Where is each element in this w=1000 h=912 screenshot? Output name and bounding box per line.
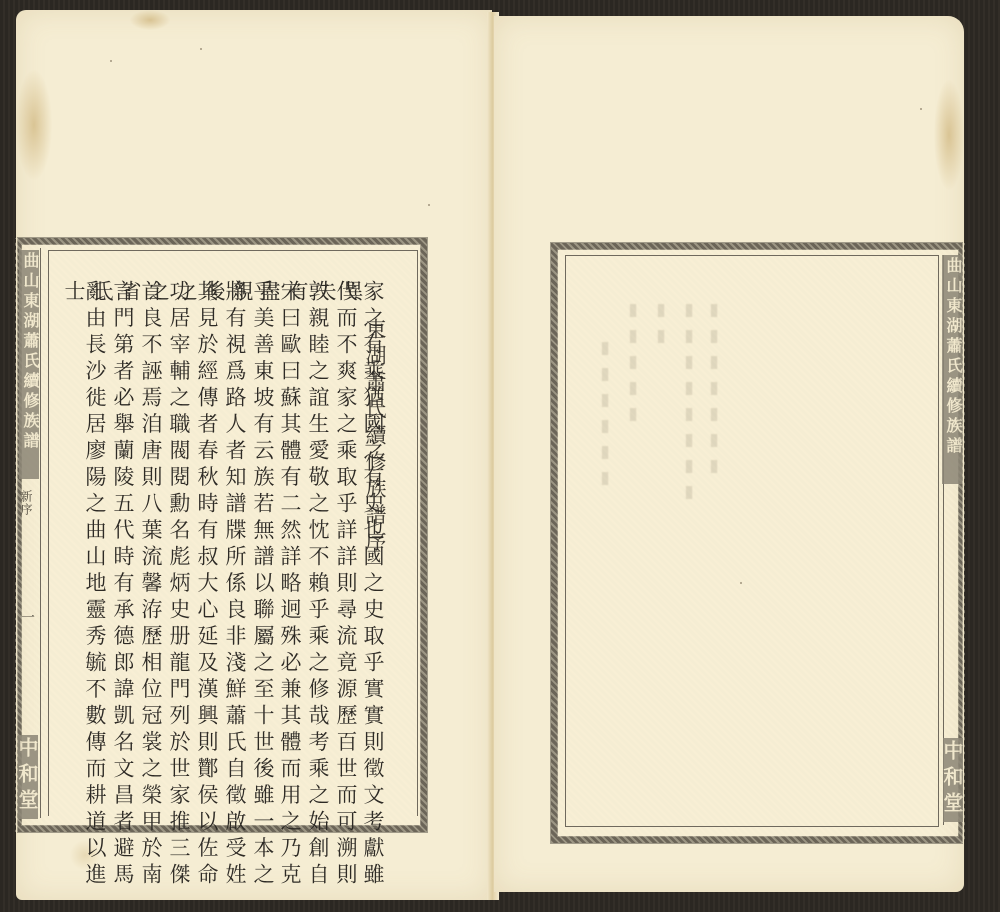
paper-speck xyxy=(110,60,112,62)
left-banxin-book-title: 曲山東湖蕭氏續修族譜 xyxy=(19,250,39,479)
paper-speck xyxy=(200,48,202,50)
bleed-through-text: ▮▮ xyxy=(652,300,669,352)
bleed-through-text: ▮▮▮▮▮▮ xyxy=(596,338,613,494)
bleed-through-text: ▮▮▮▮▮ xyxy=(624,300,641,430)
paper-speck xyxy=(920,108,922,110)
left-banxin-page-number: 一 xyxy=(20,610,34,625)
paper-speck xyxy=(428,204,430,206)
water-stain xyxy=(130,10,170,30)
left-banxin-rule xyxy=(40,248,41,818)
water-stain xyxy=(16,70,52,180)
right-banxin-hall-name: 中和堂 xyxy=(943,738,963,822)
bleed-through-text: ▮▮▮▮▮▮▮▮ xyxy=(680,300,697,508)
bleed-through-text: ▮▮▮▮▮▮▮ xyxy=(705,300,722,482)
right-banxin-book-title: 曲山東湖蕭氏續修族譜 xyxy=(942,255,962,484)
left-banxin-section: 新序 xyxy=(20,490,32,516)
right-frame-inner xyxy=(565,255,939,827)
paper-speck xyxy=(740,582,742,584)
water-stain xyxy=(934,80,964,190)
text-column-11: 亂由長沙徙居廖陽之曲山地靈秀毓不數傳而耕道以進士 xyxy=(63,280,105,912)
left-banxin-hall-name: 中和堂 xyxy=(18,735,38,819)
